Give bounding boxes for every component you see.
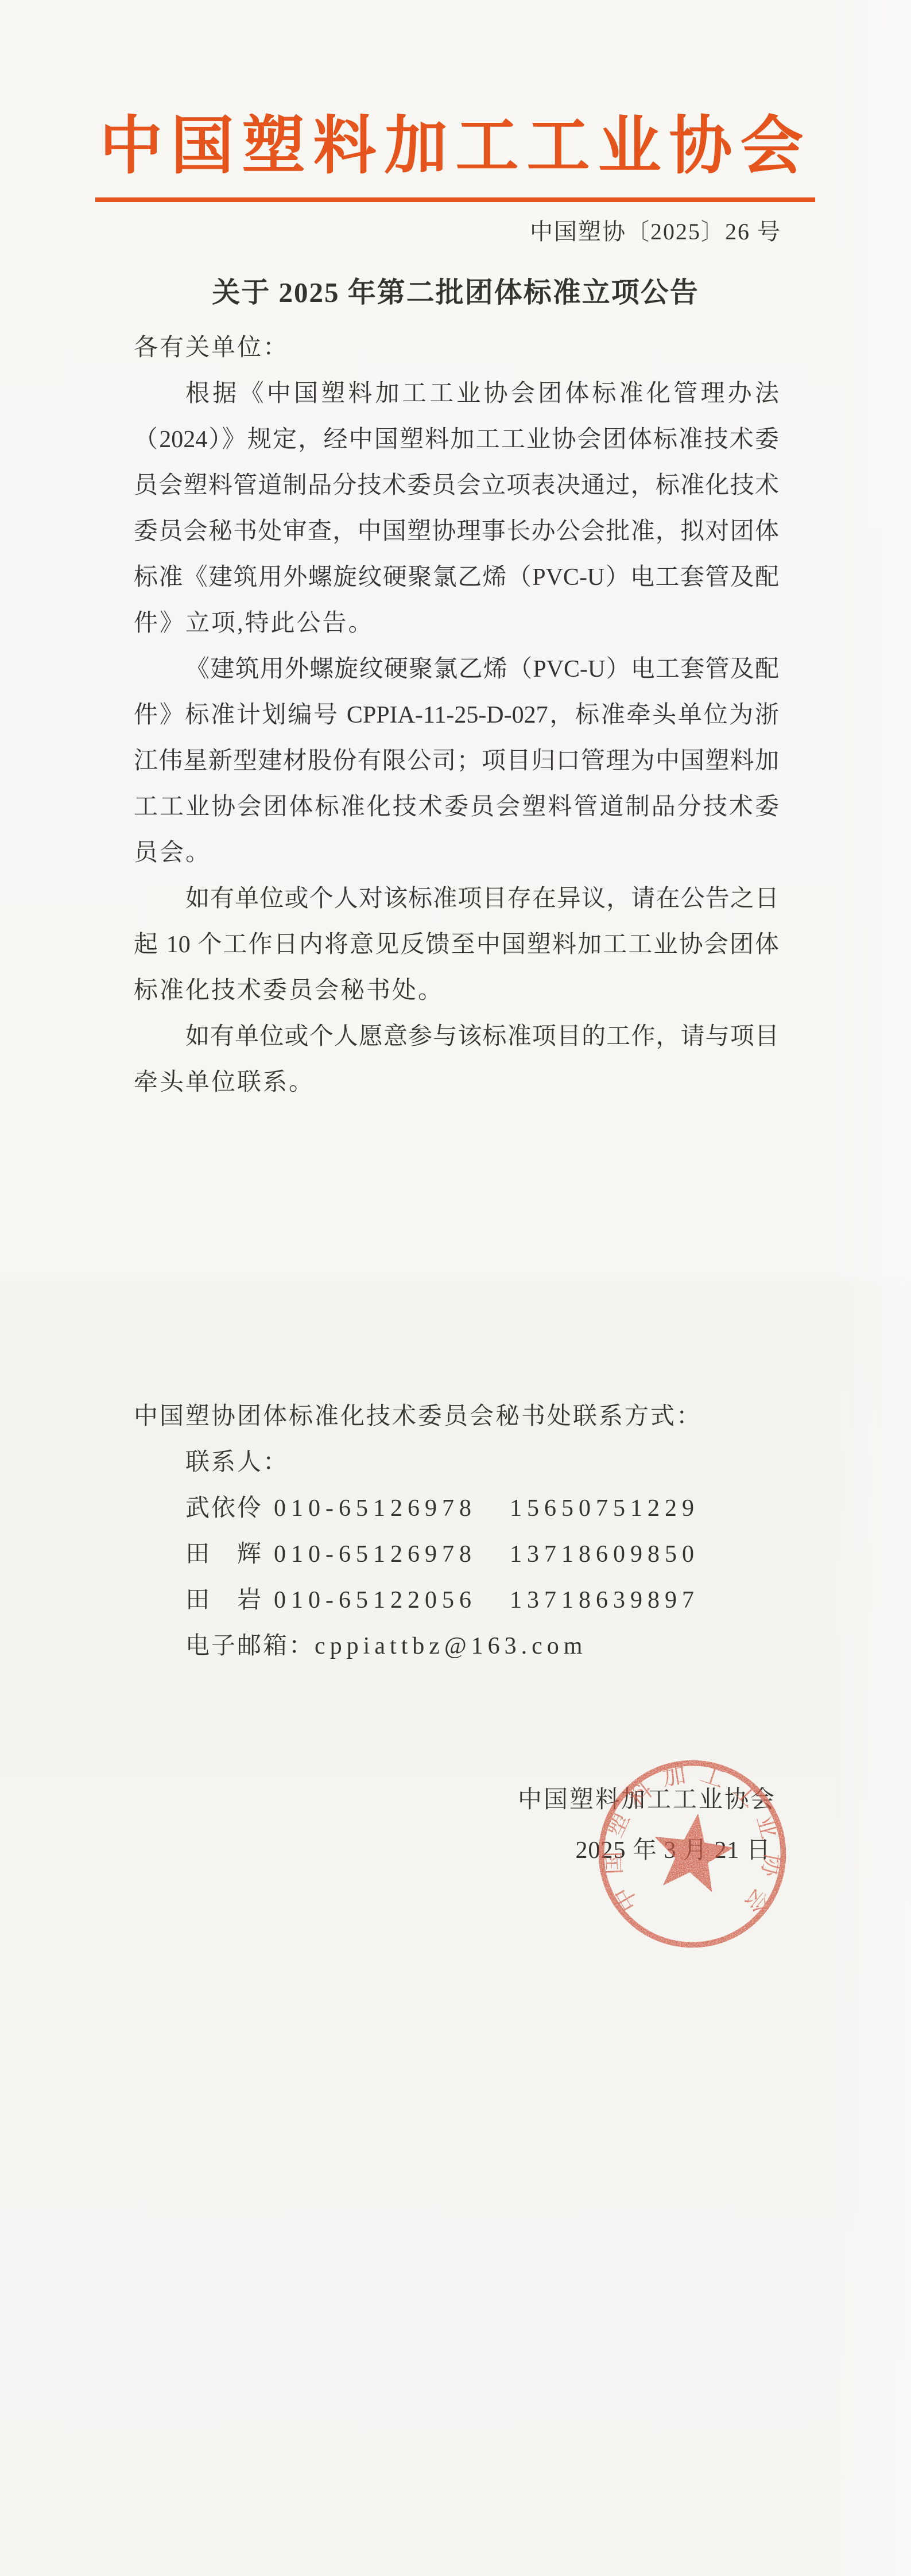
body-line: 员会塑料管道制品分技术委员会立项表决通过，标准化技术 <box>134 463 779 509</box>
body-line: （2024）》规定，经中国塑料加工工业协会团体标准技术委 <box>134 417 779 463</box>
body-line: 各有关单位： <box>134 325 779 371</box>
body-line: 标准《建筑用外螺旋纹硬聚氯乙烯（PVC-U）电工套管及配 <box>134 554 779 600</box>
body-line: 如有单位或个人对该标准项目存在异议，请在公告之日 <box>134 876 779 922</box>
contact-rows: 武依伶010-6512697815650751229田 辉010-6512697… <box>134 1485 779 1623</box>
email-label: 电子邮箱： <box>185 1633 315 1659</box>
contact-name: 田 岩 <box>185 1577 265 1623</box>
contact-name: 田 辉 <box>185 1531 265 1577</box>
contact-label: 联系人： <box>134 1440 779 1485</box>
body-line: 标准化技术委员会秘书处。 <box>134 968 779 1014</box>
document-page: 中国塑料加工工业协会 中国塑协〔2025〕26 号 关于 2025 年第二批团体… <box>0 0 911 2576</box>
body-line: 件》立项,特此公告。 <box>134 600 779 646</box>
letterhead-rule <box>95 197 815 202</box>
body-line: 牵头单位联系。 <box>134 1060 779 1105</box>
body-line: 如有单位或个人愿意参与该标准项目的工作，请与项目 <box>134 1014 779 1060</box>
doc-number: 中国塑协〔2025〕26 号 <box>530 216 781 248</box>
body-text: 各有关单位：根据《中国塑料加工工业协会团体标准化管理办法（2024）》规定，经中… <box>134 325 779 1105</box>
body-line: 江伟星新型建材股份有限公司；项目归口管理为中国塑料加 <box>134 738 779 784</box>
contact-mobile: 15650751229 <box>510 1495 699 1522</box>
contact-phone: 010-65126978 <box>274 1495 476 1522</box>
body-line: 起 10 个工作日内将意见反馈至中国塑料加工工业协会团体 <box>134 922 779 968</box>
contact-person-row: 田 辉010-6512697813718609850 <box>134 1531 779 1577</box>
body-line: 《建筑用外螺旋纹硬聚氯乙烯（PVC-U）电工套管及配 <box>134 646 779 692</box>
contact-phone: 010-65122056 <box>274 1587 476 1613</box>
body-line: 员会。 <box>134 830 779 876</box>
body-line: 件》标准计划编号 CPPIA-11-25-D-027，标准牵头单位为浙 <box>134 692 779 738</box>
contact-person-row: 田 岩010-6512205613718639897 <box>134 1577 779 1623</box>
star-icon <box>648 1808 738 1895</box>
contact-block: 中国塑协团体标准化技术委员会秘书处联系方式： 联系人： 武依伶010-65126… <box>134 1394 779 1669</box>
contact-name: 武依伶 <box>185 1485 265 1531</box>
body-line: 委员会秘书处审查，中国塑协理事长办公会批准，拟对团体 <box>134 509 779 554</box>
letterhead-org-name: 中国塑料加工工业协会 <box>0 109 911 184</box>
contact-heading: 中国塑协团体标准化技术委员会秘书处联系方式： <box>134 1394 779 1440</box>
contact-person-row: 武依伶010-6512697815650751229 <box>134 1485 779 1531</box>
contact-mobile: 13718609850 <box>510 1541 699 1568</box>
official-seal: 中国塑料加工工业协会 <box>591 1753 793 1955</box>
contact-email-line: 电子邮箱：cppiattbz@163.com <box>134 1623 779 1669</box>
email-address: cppiattbz@163.com <box>315 1633 587 1659</box>
body-line: 工工业协会团体标准化技术委员会塑料管道制品分技术委 <box>134 784 779 830</box>
page-title: 关于 2025 年第二批团体标准立项公告 <box>0 274 911 311</box>
contact-mobile: 13718639897 <box>510 1587 699 1613</box>
contact-phone: 010-65126978 <box>274 1541 476 1568</box>
body-line: 根据《中国塑料加工工业协会团体标准化管理办法 <box>134 371 779 417</box>
